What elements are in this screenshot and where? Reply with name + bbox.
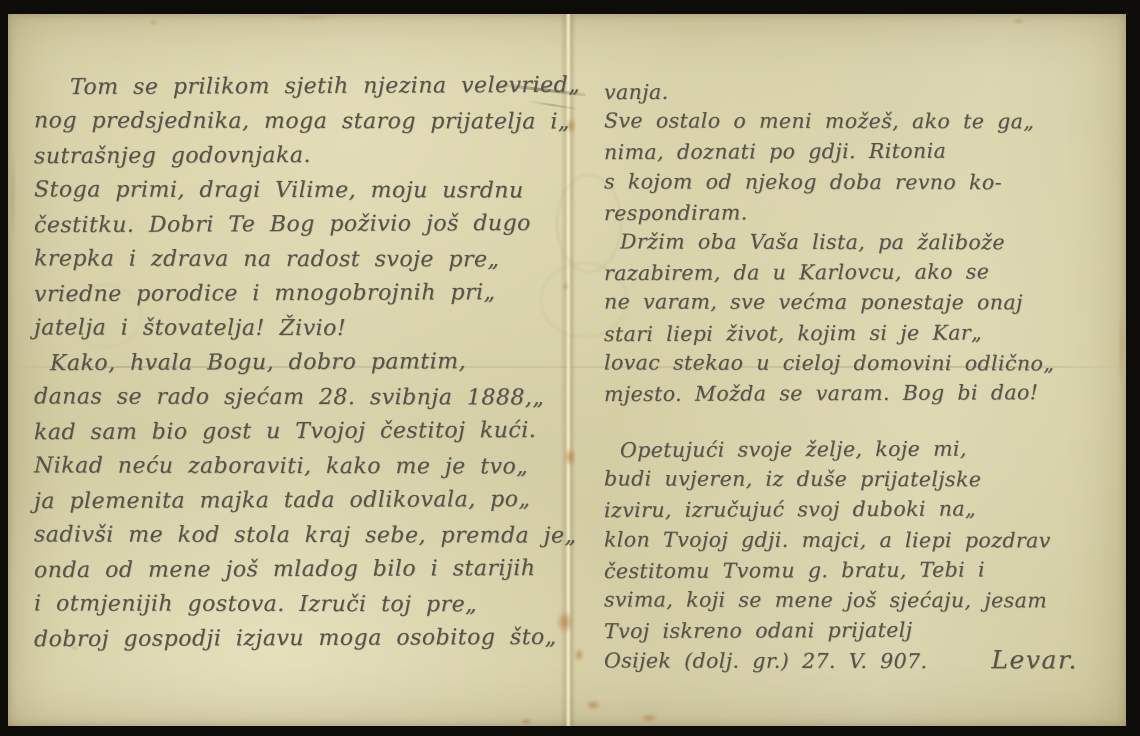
letter-line: dobroj gospodji izjavu moga osobitog što…: [34, 621, 582, 658]
letter-line: i otmjenijih gostova. Izruči toj pre„: [34, 587, 582, 623]
letter-line: sadivši me kod stola kraj sebe, premda j…: [34, 518, 582, 554]
letter-line: onda od mene još mladog bilo i starijih: [34, 552, 582, 589]
letter-line: čestitomu Tvomu g. bratu, Tebi i: [604, 554, 1128, 586]
letter-line: krepka i zdrava na radost svoje pre„: [34, 242, 582, 278]
letter-line: vanja.: [604, 75, 1128, 107]
letter-line: s kojom od njekog doba revno ko-: [604, 166, 1128, 197]
letter-line: vriedne porodice i mnogobrojnih pri„: [34, 276, 582, 313]
letter-line: ja plemenita majka tada odlikovala, po„: [34, 483, 582, 520]
letter-line: Sve ostalo o meni možeš, ako te ga„: [604, 106, 1128, 137]
letter-line: Tvoj iskreno odani prijatelj: [604, 614, 1128, 646]
letter-line: danas se rado sjećam 28. svibnja 1888,„: [34, 380, 582, 416]
letter-line: čestitku. Dobri Te Bog poživio još dugo: [34, 207, 582, 244]
letter-line: respondiram.: [604, 196, 1128, 228]
letter-page-right: vanja.Sve ostalo o meni možeš, ako te ga…: [604, 76, 1128, 676]
letter-scan: Tom se prilikom sjetih njezina velevried…: [0, 0, 1140, 736]
letter-line: Stoga primi, dragi Vilime, moju usrdnu: [34, 173, 582, 209]
letter-line: izviru, izručujuć svoj duboki na„: [604, 493, 1128, 525]
letter-line: Kako, hvala Bogu, dobro pamtim,: [34, 345, 582, 382]
letter-line: nog predsjednika, moga starog prijatelja…: [34, 104, 582, 140]
letter-line: nima, doznati po gdji. Ritonia: [604, 135, 1128, 167]
foxing-stain: [150, 20, 157, 25]
letter-line: mjesto. Možda se varam. Bog bi dao!: [604, 377, 1128, 409]
letter-page-left: Tom se prilikom sjetih njezina velevried…: [34, 70, 582, 657]
foxing-stain: [11, 150, 15, 245]
letter-line: klon Tvojoj gdji. majci, a liepi pozdrav: [604, 524, 1128, 555]
letter-line: Tom se prilikom sjetih njezina velevried…: [34, 69, 582, 106]
letter-line: Opetujući svoje želje, koje mi,: [604, 433, 1128, 465]
letter-line: kad sam bio gost u Tvojoj čestitoj kući.: [34, 414, 582, 451]
letter-line: lovac stekao u cieloj domovini odlično„: [604, 347, 1128, 378]
letter-line: svima, koji se mene još sjećaju, jesam: [604, 584, 1128, 615]
letter-line: Nikad neću zaboraviti, kako me je tvo„: [34, 449, 582, 485]
letter-line: stari liepi život, kojim si je Kar„: [604, 316, 1128, 348]
letter-line: sutrašnjeg godovnjaka.: [34, 138, 582, 175]
foxing-stain: [1012, 18, 1025, 24]
letter-line: razabirem, da u Karlovcu, ako se: [604, 256, 1128, 288]
letter-dateline: Osijek (dolj. gr.) 27. V. 907.: [604, 646, 928, 677]
letter-paper: Tom se prilikom sjetih njezina velevried…: [8, 14, 1126, 726]
letter-signoff: Osijek (dolj. gr.) 27. V. 907. Levar.: [604, 645, 1128, 676]
foxing-stain: [640, 714, 658, 722]
letter-line: budi uvjeren, iz duše prijateljske: [604, 464, 1128, 495]
letter-signature: Levar.: [991, 646, 1078, 676]
foxing-stain: [520, 718, 532, 725]
letter-line: Držim oba Vaša lista, pa žalibože: [604, 226, 1128, 257]
letter-line: [604, 408, 1128, 435]
foxing-stain: [290, 15, 334, 20]
letter-line: ne varam, sve većma ponestaje onaj: [604, 287, 1128, 318]
foxing-stain: [585, 700, 601, 710]
letter-lines-right: vanja.Sve ostalo o meni možeš, ako te ga…: [604, 76, 1128, 645]
letter-line: jatelja i štovatelja! Živio!: [34, 311, 582, 347]
